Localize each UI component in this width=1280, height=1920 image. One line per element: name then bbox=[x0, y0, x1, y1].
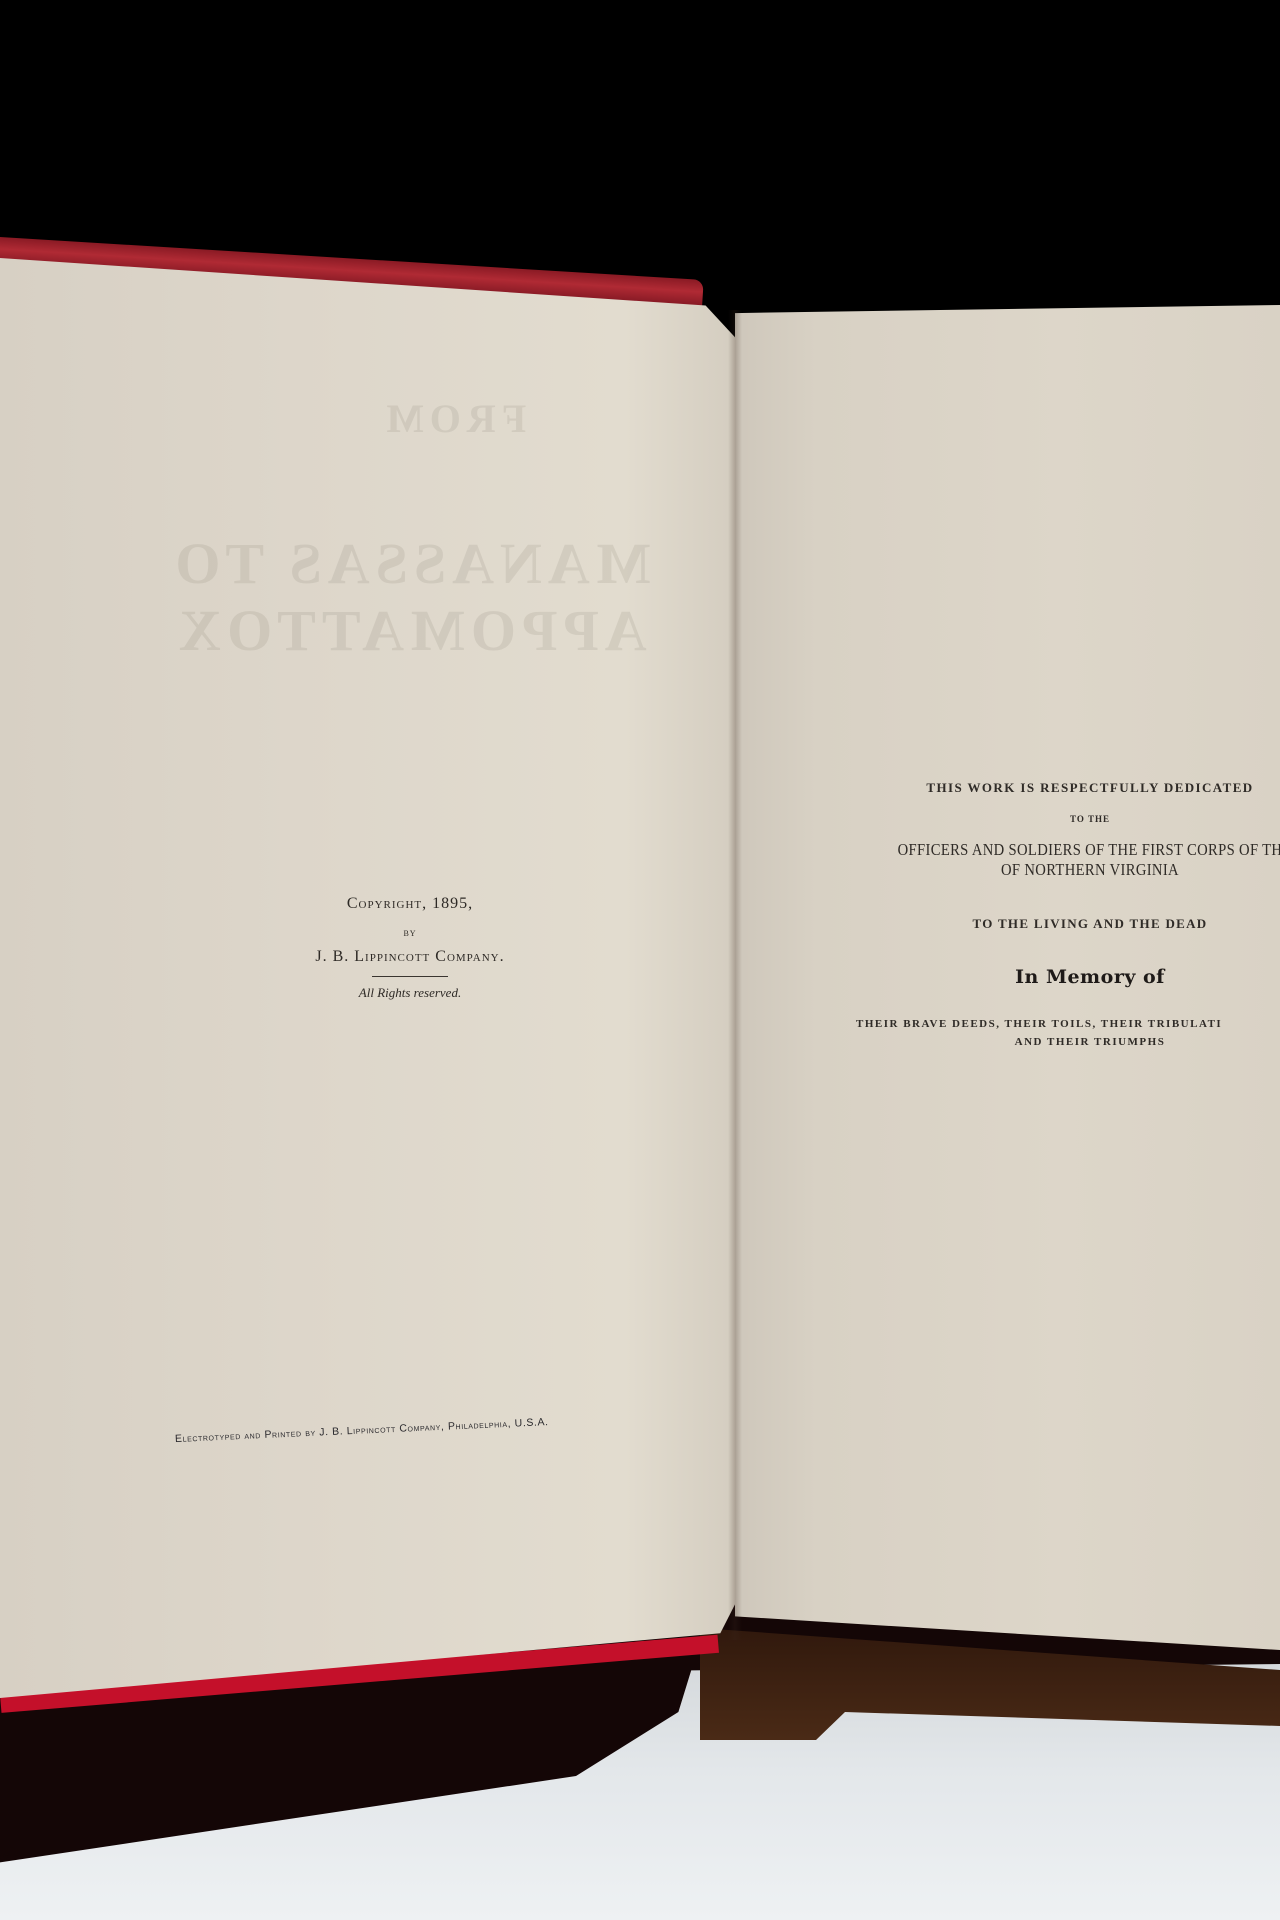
dedication-line-3: OFFICERS AND SOLDIERS OF THE FIRST CORPS… bbox=[858, 840, 1280, 860]
dedication-line-4: OF NORTHERN VIRGINIA bbox=[858, 860, 1280, 880]
dedication-block: THIS WORK IS RESPECTFULLY DEDICATED TO T… bbox=[820, 780, 1280, 1048]
dedication-line-5: TO THE LIVING AND THE DEAD bbox=[820, 916, 1280, 932]
show-through-title: MANASSAS TO APPOMATTOX bbox=[110, 530, 710, 664]
dedication-line-7: THEIR BRAVE DEEDS, THEIR TOILS, THEIR TR… bbox=[820, 1018, 1280, 1030]
copyright-block: Copyright, 1895, by J. B. Lippincott Com… bbox=[250, 895, 570, 1001]
copyright-by: by bbox=[250, 925, 570, 940]
book-gutter bbox=[728, 310, 742, 1640]
rights-reserved: All Rights reserved. bbox=[250, 985, 570, 1001]
show-through-from: FROM bbox=[380, 395, 526, 442]
copyright-rule bbox=[372, 976, 448, 977]
dedication-line-2: TO THE bbox=[820, 814, 1280, 824]
dedication-line-8: AND THEIR TRIUMPHS bbox=[820, 1036, 1280, 1048]
copyright-year: Copyright, 1895, bbox=[250, 895, 570, 913]
dedication-line-1: THIS WORK IS RESPECTFULLY DEDICATED bbox=[820, 780, 1280, 796]
in-memory-of: In Memory of bbox=[820, 966, 1280, 988]
copyright-publisher: J. B. Lippincott Company. bbox=[250, 948, 570, 966]
